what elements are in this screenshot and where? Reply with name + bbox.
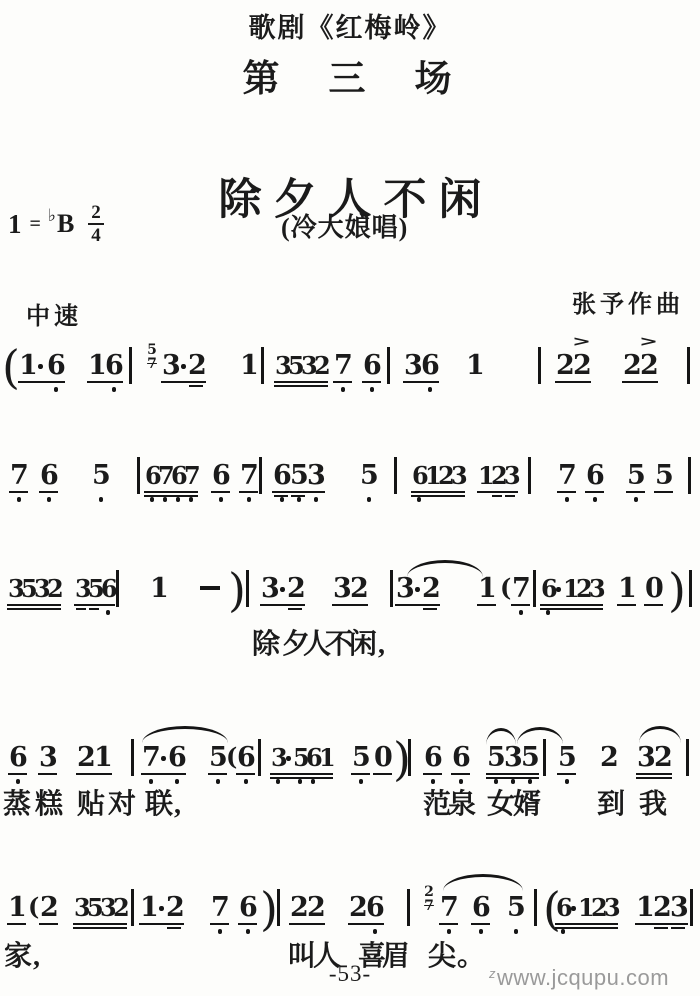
note-digit: 1 — [478, 462, 491, 489]
barline — [686, 739, 689, 776]
note-group: 1 — [150, 575, 167, 602]
note: 6 — [145, 462, 158, 489]
note-group: 3532 — [74, 894, 126, 921]
note-group: 3532 — [275, 352, 327, 379]
note: 6 — [40, 462, 57, 489]
note-digit: 5 — [627, 462, 644, 489]
note-digit: 3 — [100, 894, 113, 921]
barline — [408, 739, 411, 776]
note-digit: 7 — [334, 352, 351, 379]
note-group: 6 — [472, 894, 489, 921]
note: 1 — [478, 575, 495, 602]
note-digit: 3 — [504, 744, 521, 771]
beam-line — [555, 927, 618, 929]
note-group: 1 — [478, 575, 495, 602]
note: 7 — [184, 462, 197, 489]
lyric-syllable: 蒸 — [3, 790, 32, 820]
note: 1 — [140, 894, 166, 921]
barline — [131, 739, 134, 776]
barline — [689, 570, 692, 607]
low-octave-dot — [459, 779, 464, 784]
note-digit: 6 — [237, 744, 254, 771]
note-digit: 5 — [360, 462, 377, 489]
beam-line — [626, 491, 645, 493]
low-octave-dot — [314, 497, 319, 502]
note: 2 — [290, 894, 307, 921]
barline — [261, 347, 264, 384]
low-octave-dot — [99, 497, 104, 502]
grace-hook: 7 — [144, 357, 160, 371]
note: 6 — [237, 744, 254, 771]
note-group: 7 — [211, 894, 228, 921]
note-digit: 3 — [589, 575, 602, 602]
note: 2 — [188, 352, 205, 379]
beam-line — [7, 604, 61, 606]
grace-hook: 7 — [421, 899, 437, 913]
note-digit: 1 — [140, 894, 157, 921]
beam-line — [87, 381, 123, 383]
barline — [688, 457, 691, 494]
note: 5 — [507, 894, 524, 921]
note-digit: 2 — [591, 894, 604, 921]
note: 2 — [438, 462, 451, 489]
note: 3 — [74, 894, 87, 921]
low-octave-dot — [175, 779, 180, 784]
note-digit: 6 — [306, 744, 319, 771]
note: 3 — [396, 575, 422, 602]
note: 7 — [240, 462, 257, 489]
note-digit: 3 — [670, 894, 687, 921]
note-digit: 6 — [541, 575, 554, 602]
note-digit: 6 — [586, 462, 603, 489]
beam-line — [351, 773, 370, 775]
beam-line — [439, 923, 458, 925]
note: 2 — [600, 744, 617, 771]
low-octave-dot — [276, 779, 281, 784]
note-digit: 3 — [637, 744, 654, 771]
note-group: 22 — [290, 894, 324, 921]
note-group: 653 — [273, 462, 324, 489]
note: 6 — [47, 352, 64, 379]
low-octave-dot — [247, 497, 252, 502]
beam-line — [557, 491, 576, 493]
augmentation-dot — [159, 744, 168, 771]
low-octave-dot — [149, 779, 154, 784]
note: 3 — [404, 352, 421, 379]
beam-line — [289, 923, 325, 925]
note-group: 1 — [19, 352, 45, 379]
note-group: 12 — [140, 894, 183, 921]
beam-line — [39, 923, 58, 925]
low-octave-dot — [280, 497, 285, 502]
note: 0 — [645, 575, 662, 602]
note: 2 — [422, 575, 439, 602]
note: 7 — [158, 462, 171, 489]
note-group: 6767 — [145, 462, 197, 489]
note: 6 — [105, 352, 122, 379]
note: 3 — [307, 462, 324, 489]
score-page: 歌剧《红梅岭》 第 三 场 除夕人不闲 1 = ♭ B 2 4 (冷大娘唱) 中… — [0, 0, 700, 996]
note-digit: 5 — [288, 352, 301, 379]
note-group: 5 — [507, 894, 524, 921]
note-digit: 1 — [466, 352, 483, 379]
note: 2 — [653, 894, 670, 921]
beam-line — [38, 773, 57, 775]
note: 7 — [10, 462, 27, 489]
note-group: 6 — [237, 744, 254, 771]
note-digit: 1 — [563, 575, 576, 602]
note-digit: 5 — [352, 744, 369, 771]
barline — [687, 347, 690, 384]
note-digit: 7 — [440, 894, 457, 921]
beam-line — [471, 923, 490, 925]
note: 5 — [655, 462, 672, 489]
note-digit: 3 — [404, 352, 421, 379]
note: 1 — [636, 894, 653, 921]
note-group: 0 — [645, 575, 662, 602]
note-digit: 1 — [578, 894, 591, 921]
note: 0 — [374, 744, 391, 771]
sixteenth-beam — [288, 608, 302, 610]
note-digit: 2 — [349, 894, 366, 921]
note-group: 5 — [92, 462, 109, 489]
note: 2 — [287, 575, 304, 602]
note-digit: 2 — [623, 352, 640, 379]
sixteenth-beam — [505, 495, 515, 497]
note-digit: 7 — [142, 744, 159, 771]
note-digit: 6 — [472, 894, 489, 921]
beam-line — [46, 381, 65, 383]
note: 2 — [349, 894, 366, 921]
beam-line — [362, 381, 381, 383]
slur-tie — [486, 728, 516, 745]
note: 3 — [604, 894, 617, 921]
note-digit: 6 — [421, 352, 438, 379]
lyric-syllable: 联, — [145, 790, 182, 820]
note: 3 — [261, 575, 287, 602]
sixteenth-beam — [274, 495, 288, 497]
note-digit: 2 — [47, 575, 60, 602]
note: 1 — [563, 575, 576, 602]
note-group: 123 — [636, 894, 687, 921]
note: 6 — [363, 352, 380, 379]
paren-close: ) — [228, 568, 246, 612]
note-group: 7 — [512, 575, 529, 602]
note-digit: 5 — [293, 744, 306, 771]
note: 2 — [166, 894, 183, 921]
note: 2 — [314, 352, 327, 379]
beam-line — [272, 491, 325, 493]
note-group: 36 — [404, 352, 438, 379]
paren-small: ( — [500, 573, 511, 603]
beam-line — [73, 927, 127, 929]
note: 1 — [150, 575, 167, 602]
low-octave-dot — [514, 929, 519, 934]
note: 6 — [472, 894, 489, 921]
beam-line — [373, 773, 392, 775]
low-octave-dot — [47, 497, 52, 502]
barline — [387, 347, 390, 384]
paren-close: ) — [668, 568, 686, 612]
slur-tie — [517, 727, 563, 744]
note-digit: 5 — [487, 744, 504, 771]
note-group: 3561 — [271, 744, 332, 771]
note-digit: 2 — [314, 352, 327, 379]
slur-tie — [639, 726, 681, 743]
note-digit: 3 — [162, 352, 179, 379]
beam-line — [486, 777, 539, 779]
beam-line — [270, 777, 333, 779]
note: 1 — [478, 462, 491, 489]
lyric-syllable: 我 — [639, 790, 668, 820]
low-octave-dot — [189, 497, 194, 502]
barline — [534, 889, 537, 926]
beam-line — [161, 381, 206, 383]
note-digit: 1 — [618, 575, 635, 602]
note-group: 16 — [88, 352, 122, 379]
augmentation-dot — [554, 575, 563, 602]
beam-line — [39, 491, 58, 493]
duration-dash — [200, 586, 220, 590]
note-group: 6 — [212, 462, 229, 489]
barline — [390, 570, 393, 607]
note-group: 5 — [655, 462, 672, 489]
note-digit: 1 — [8, 894, 25, 921]
note-digit: 0 — [645, 575, 662, 602]
note-digit: 5 — [655, 462, 672, 489]
beam-line — [144, 491, 198, 493]
note-digit: 6 — [145, 462, 158, 489]
note: 5 — [352, 744, 369, 771]
note: 5 — [288, 352, 301, 379]
note: 1 — [94, 744, 111, 771]
barline — [259, 457, 262, 494]
note: 7 — [440, 894, 457, 921]
note-group: 356 — [75, 575, 114, 602]
watermark: zwww.jcqupu.com — [489, 962, 669, 990]
beam-line — [260, 604, 305, 606]
note: 3 — [504, 744, 521, 771]
note-group: 6123 — [541, 575, 602, 602]
sixteenth-beam — [167, 927, 181, 929]
note: 6 — [273, 462, 290, 489]
low-octave-dot — [519, 610, 524, 615]
accent-mark: > — [635, 336, 662, 348]
beam-line — [270, 773, 333, 775]
note-digit: 3 — [451, 462, 464, 489]
beam-line — [635, 923, 688, 925]
note: 6 — [412, 462, 425, 489]
note-digit: 2 — [438, 462, 451, 489]
note-digit: 6 — [171, 462, 184, 489]
low-octave-dot — [528, 779, 533, 784]
beam-line — [511, 604, 530, 606]
barline — [277, 889, 280, 926]
note-group: 5 — [558, 744, 575, 771]
note-digit: 1 — [94, 744, 111, 771]
note: 6 — [586, 462, 603, 489]
note-group: 6123 — [412, 462, 464, 489]
note: 2 — [654, 744, 671, 771]
beam-line — [8, 773, 27, 775]
low-octave-dot — [367, 497, 372, 502]
note-group: 0 — [374, 744, 391, 771]
low-octave-dot — [106, 610, 111, 615]
paren-small: ( — [226, 742, 237, 772]
note-digit: 2 — [350, 575, 367, 602]
lyric-syllable: 泉 — [448, 790, 477, 820]
note-digit: 1 — [150, 575, 167, 602]
note-group: 21 — [77, 744, 111, 771]
accent-mark: > — [568, 336, 595, 348]
augmentation-dot — [284, 744, 293, 771]
note-digit: 6 — [212, 462, 229, 489]
slur-tie — [407, 560, 483, 577]
note: 3 — [271, 744, 293, 771]
beam-line — [636, 773, 672, 775]
note-digit: 2 — [422, 575, 439, 602]
note-digit: 6 — [9, 744, 26, 771]
beam-line — [9, 491, 28, 493]
note: 6 — [171, 462, 184, 489]
sixteenth-beam — [671, 927, 685, 929]
note-group: 22> — [623, 352, 657, 379]
grace-note: 27 — [421, 886, 437, 913]
note: 1 — [466, 352, 483, 379]
note-digit: 6 — [412, 462, 425, 489]
beam-line — [76, 773, 112, 775]
note: 3 — [637, 744, 654, 771]
barline — [116, 570, 119, 607]
note-group: 1 — [8, 894, 25, 921]
beam-line — [7, 923, 26, 925]
note-digit: 3 — [271, 744, 284, 771]
note: 2> — [640, 352, 657, 379]
note: 2 — [491, 462, 504, 489]
note: 6 — [541, 575, 563, 602]
barline — [394, 457, 397, 494]
sixteenth-beam — [423, 608, 437, 610]
note: 5 — [293, 744, 306, 771]
low-octave-dot — [561, 929, 566, 934]
beam-line — [210, 923, 229, 925]
barline — [129, 347, 132, 384]
low-octave-dot — [112, 387, 117, 392]
note-digit: 2 — [40, 894, 57, 921]
note-digit: 2 — [576, 575, 589, 602]
note-digit: 2 — [287, 575, 304, 602]
note-digit: 6 — [47, 352, 64, 379]
sixteenth-beam — [76, 608, 86, 610]
note: 6 — [424, 744, 441, 771]
grace-note: 57 — [144, 344, 160, 371]
note-group: 6 — [9, 744, 26, 771]
beam-line — [236, 773, 255, 775]
note: 2 — [576, 575, 589, 602]
note: 5 — [521, 744, 538, 771]
beam-line — [540, 604, 603, 606]
note: 5 — [88, 575, 101, 602]
note-digit: 6 — [105, 352, 122, 379]
note: 2 — [307, 894, 324, 921]
low-octave-dot — [244, 779, 249, 784]
low-octave-dot — [216, 779, 221, 784]
low-octave-dot — [370, 387, 375, 392]
note-digit: 3 — [604, 894, 617, 921]
beam-line — [585, 491, 604, 493]
note-digit: 1 — [19, 352, 36, 379]
note-digit: 6 — [366, 894, 383, 921]
note-group: 2 — [600, 744, 617, 771]
music-area: (16165732135327636122>22>765676767653561… — [0, 0, 700, 996]
note-digit: 2 — [654, 744, 671, 771]
note-digit: 5 — [92, 462, 109, 489]
note-group: 6 — [586, 462, 603, 489]
note-digit: 5 — [88, 575, 101, 602]
low-octave-dot — [341, 387, 346, 392]
note-digit: 3 — [307, 462, 324, 489]
note-digit: 7 — [211, 894, 228, 921]
beam-line — [141, 773, 186, 775]
note-group: 3 — [39, 744, 56, 771]
note-digit: 5 — [558, 744, 575, 771]
note-digit: 1 — [319, 744, 332, 771]
note: 1 — [578, 894, 591, 921]
lyric-syllable: 闲, — [349, 630, 386, 660]
beam-line — [557, 773, 576, 775]
note-digit: 5 — [507, 894, 524, 921]
barline — [407, 889, 410, 926]
note-digit: 1 — [88, 352, 105, 379]
low-octave-dot — [511, 779, 516, 784]
note-digit: 2 — [600, 744, 617, 771]
note: 3 — [301, 352, 314, 379]
note-group: 7 — [10, 462, 27, 489]
note-digit: 2 — [556, 352, 573, 379]
low-octave-dot — [431, 779, 436, 784]
note-digit: 1 — [636, 894, 653, 921]
slur-tie — [142, 726, 228, 743]
note-digit: 2 — [77, 744, 94, 771]
note: 5 — [627, 462, 644, 489]
note-digit: 6 — [363, 352, 380, 379]
low-octave-dot — [565, 779, 570, 784]
note: 6 — [556, 894, 578, 921]
augmentation-dot — [413, 575, 422, 602]
note-digit: 1 — [425, 462, 438, 489]
barline — [258, 739, 261, 776]
low-octave-dot — [634, 497, 639, 502]
sixteenth-beam — [291, 495, 305, 497]
low-octave-dot — [219, 497, 224, 502]
note: 5 — [21, 575, 34, 602]
note-digit: 2 — [290, 894, 307, 921]
beam-line — [73, 923, 127, 925]
note: 2> — [573, 352, 590, 379]
note: 6 — [452, 744, 469, 771]
note: 5 — [290, 462, 307, 489]
beam-line — [636, 777, 672, 779]
barline — [137, 457, 140, 494]
beam-line — [7, 608, 61, 610]
watermark-url: www.jcqupu.com — [497, 965, 669, 990]
note-digit: 6 — [424, 744, 441, 771]
note-digit: 7 — [512, 575, 529, 602]
lyric-syllable: 贴 — [77, 790, 106, 820]
low-octave-dot — [565, 497, 570, 502]
note-digit: 7 — [558, 462, 575, 489]
beam-line — [486, 773, 539, 775]
